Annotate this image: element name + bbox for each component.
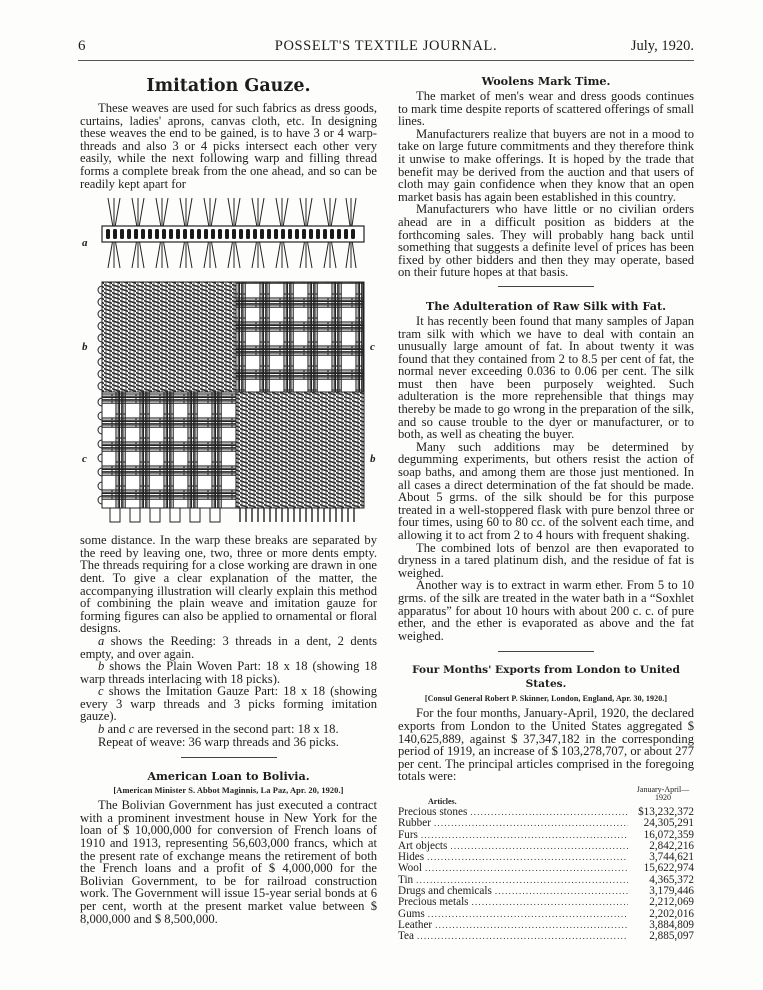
table-header: Articles. January-April—1920 [398, 785, 694, 807]
article-paragraph: Manufacturers realize that buyers are no… [398, 128, 694, 204]
leader-dots [421, 830, 628, 841]
repeat-note: Repeat of weave: 36 warp threads and 36 … [80, 736, 377, 749]
article-woolens: Woolens Mark Time. The market of men's w… [398, 74, 694, 279]
leader-dots [435, 920, 628, 931]
leader-dots [434, 818, 628, 829]
section-divider [181, 757, 277, 758]
legend-text: and [104, 722, 128, 736]
article-paragraph: Manufacturers who have little or no civi… [398, 203, 694, 279]
header-rule [78, 60, 694, 61]
article-name: Tea [398, 931, 414, 942]
article-byline: [Consul General Robert P. Skinner, Londo… [398, 693, 694, 704]
article-title: Woolens Mark Time. [398, 74, 694, 88]
article-paragraph: The Bolivian Government has just execute… [80, 799, 377, 925]
section-divider [498, 286, 594, 287]
article-paragraph: Many such additions may be determined by… [398, 441, 694, 542]
article-title: Imitation Gauze. [80, 76, 377, 96]
table-row: Wool15,622,974 [398, 863, 694, 874]
legend-text: shows the Plain Woven Part: 18 x 18 (sho… [80, 659, 377, 686]
leader-dots [427, 852, 628, 863]
article-value: 24,305,291 [632, 818, 694, 829]
article-paragraph: For the four months, January-April, 1920… [398, 707, 694, 783]
leader-dots [425, 863, 628, 874]
article-paragraph: These weaves are used for such fabrics a… [80, 102, 377, 190]
figure-label-b: b [370, 453, 376, 466]
legend-item-b-c: b and c are reversed in the second part:… [80, 723, 377, 736]
legend-item-a: a shows the Reeding: 3 threads in a dent… [80, 635, 377, 660]
article-byline: [American Minister S. Abbot Maginnis, La… [80, 785, 377, 796]
leader-dots [450, 841, 628, 852]
article-paragraph: It has recently been found that many sam… [398, 315, 694, 441]
article-london-exports: Four Months' Exports from London to Unit… [398, 663, 694, 942]
article-name: Rubber [398, 818, 431, 829]
weave-diagram-figure: a b c c b [80, 198, 377, 524]
article-name: Precious metals [398, 897, 469, 908]
figure-label-c: c [82, 453, 87, 466]
legend-text: shows the Imitation Gauze Part: 18 x 18 … [80, 684, 377, 723]
article-imitation-gauze: Imitation Gauze. These weaves are used f… [80, 76, 377, 748]
figure-label-a: a [82, 237, 88, 250]
article-silk-adulteration: The Adulteration of Raw Silk with Fat. I… [398, 299, 694, 642]
legend-text: are reversed in the second part: 18 x 18… [134, 722, 338, 736]
article-value: 15,622,974 [632, 863, 694, 874]
year-label: 1920 [655, 793, 671, 802]
article-title: American Loan to Bolivia. [80, 769, 377, 783]
article-value: 2,885,097 [632, 931, 694, 942]
right-column: Woolens Mark Time. The market of men's w… [398, 72, 694, 942]
page-header: 6 POSSELT'S TEXTILE JOURNAL. July, 1920. [78, 38, 694, 60]
column-header-articles: Articles. [428, 796, 457, 807]
section-divider [498, 651, 594, 652]
figure-label-c: c [370, 341, 375, 354]
table-row: Precious metals2,212,069 [398, 897, 694, 908]
column-header-period: January-April—1920 [632, 786, 694, 802]
table-row: Tea2,885,097 [398, 931, 694, 942]
article-paragraph: Another way is to extract in warm ether.… [398, 579, 694, 642]
leader-dots [495, 886, 628, 897]
article-bolivia-loan: American Loan to Bolivia. [American Mini… [80, 769, 377, 925]
journal-title: POSSELT'S TEXTILE JOURNAL. [78, 38, 694, 55]
figure-label-b: b [82, 341, 88, 354]
article-paragraph: The combined lots of benzol are then eva… [398, 542, 694, 580]
leader-dots [417, 931, 628, 942]
weave-illustration [88, 198, 370, 524]
article-value: 2,212,069 [632, 897, 694, 908]
table-row: Rubber24,305,291 [398, 818, 694, 829]
legend-item-c: c shows the Imitation Gauze Part: 18 x 1… [80, 685, 377, 723]
leader-dots [472, 897, 628, 908]
legend-item-b: b shows the Plain Woven Part: 18 x 18 (s… [80, 660, 377, 685]
leader-dots [470, 807, 628, 818]
legend-text: shows the Reeding: 3 threads in a dent, … [80, 634, 377, 661]
article-paragraph: The market of men's wear and dress goods… [398, 90, 694, 128]
exports-table: Articles. January-April—1920 Precious st… [398, 785, 694, 943]
article-title: Four Months' Exports from London to Unit… [398, 663, 694, 691]
leader-dots [428, 909, 628, 920]
left-column: Imitation Gauze. These weaves are used f… [80, 72, 377, 925]
article-paragraph: some distance. In the warp these breaks … [80, 534, 377, 635]
article-name: Wool [398, 863, 422, 874]
article-title: The Adulteration of Raw Silk with Fat. [398, 299, 694, 313]
issue-date: July, 1920. [631, 38, 694, 55]
